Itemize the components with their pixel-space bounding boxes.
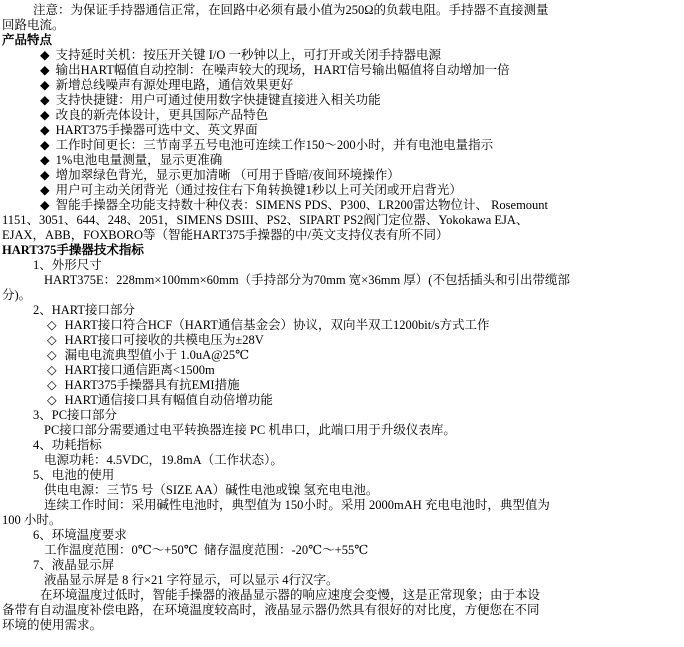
diamond-bullet-icon: ◆ bbox=[40, 123, 50, 138]
line-text: 增加翠绿色背光，显示更加清晰 （可用于昏暗/夜间环境操作） bbox=[56, 168, 400, 182]
text-line: ◆输出HART幅值自动控制：在噪声较大的现场，HART信号输出幅值将自动增加一倍 bbox=[0, 63, 684, 78]
hollow-diamond-bullet-icon: ◇ bbox=[47, 363, 57, 378]
line-text: 注意：为保证手持器通信正常，在回路中必须有最小值为250Ω的负载电阻。手持器不直… bbox=[33, 3, 549, 17]
text-line: PC接口部分需要通过电平转换器连接 PC 机串口，此端口用于升级仪表库。 bbox=[0, 423, 684, 438]
line-text: 工作温度范围：0℃～+50℃ 储存温度范围：-20℃～+55℃ bbox=[44, 543, 368, 557]
text-line: ◆工作时间更长：三节南孚五号电池可连续工作150～200小时，并有电池电量指示 bbox=[0, 138, 684, 153]
line-text: 1、外形尺寸 bbox=[33, 258, 102, 272]
line-text: 用户可主动关闭背光（通过按住右下角转换键1秒以上可关闭或开启背光） bbox=[56, 183, 462, 197]
line-text: 分)。 bbox=[2, 288, 31, 302]
text-line: ◇HART接口符合HCF（HART通信基金会）协议，双向半双工1200bit/s… bbox=[0, 318, 684, 333]
text-line: ◆新增总线噪声有源处理电路，通信效果更好 bbox=[0, 78, 684, 93]
text-line: 100 小时。 bbox=[0, 513, 684, 528]
text-line: ◇HART375手操器具有抗EMI措施 bbox=[0, 378, 684, 393]
line-text: 1%电池电量测量，显示更准确 bbox=[56, 153, 223, 167]
document-page: 注意：为保证手持器通信正常，在回路中必须有最小值为250Ω的负载电阻。手持器不直… bbox=[0, 0, 684, 647]
diamond-bullet-icon: ◆ bbox=[40, 48, 50, 63]
text-line: 备带有自动温度补偿电路，在环境温度较高时，液晶显示器仍然具有很好的对比度，方便您… bbox=[0, 603, 684, 618]
text-line: 液晶显示屏是 8 行×21 字符显示，可以显示 4行汉字。 bbox=[0, 573, 684, 588]
text-line: 连续工作时间：采用碱性电池时，典型值为 150小时。采用 2000mAH 充电电… bbox=[0, 498, 684, 513]
hollow-diamond-bullet-icon: ◇ bbox=[47, 318, 57, 333]
text-line: HART375E：228mm×100mm×60mm（手持部分为70mm 宽×36… bbox=[0, 273, 684, 288]
text-line: 3、PC接口部分 bbox=[0, 408, 684, 423]
text-line: ◆支持延时关机：按压开关键 I/O 一秒钟以上，可打开或关闭手持器电源 bbox=[0, 48, 684, 63]
text-line: 5、电池的使用 bbox=[0, 468, 684, 483]
line-text: HART通信接口具有幅值自动倍增功能 bbox=[65, 393, 273, 407]
text-line: 供电电源：三节5 号（SIZE AA）碱性电池或镍 氢充电电池。 bbox=[0, 483, 684, 498]
text-line: 4、功耗指标 bbox=[0, 438, 684, 453]
line-text: 7、液晶显示屏 bbox=[33, 558, 114, 572]
text-line: 分)。 bbox=[0, 288, 684, 303]
text-line: 6、环境温度要求 bbox=[0, 528, 684, 543]
line-text: 供电电源：三节5 号（SIZE AA）碱性电池或镍 氢充电电池。 bbox=[44, 483, 378, 497]
line-text: HART接口可接收的共模电压为±28V bbox=[65, 333, 264, 347]
text-line: ◇HART接口通信距离<1500m bbox=[0, 363, 684, 378]
text-line: 注意：为保证手持器通信正常，在回路中必须有最小值为250Ω的负载电阻。手持器不直… bbox=[0, 3, 684, 18]
line-text: 工作时间更长：三节南孚五号电池可连续工作150～200小时，并有电池电量指示 bbox=[56, 138, 494, 152]
text-line: ◆支持快捷键：用户可通过使用数字快捷键直接进入相关功能 bbox=[0, 93, 684, 108]
text-line: 在环境温度过低时，智能手操器的液晶显示器的响应速度会变慢，这是正常现象；由于本设 bbox=[0, 588, 684, 603]
text-line: 2、HART接口部分 bbox=[0, 303, 684, 318]
diamond-bullet-icon: ◆ bbox=[40, 63, 50, 78]
hollow-diamond-bullet-icon: ◇ bbox=[47, 378, 57, 393]
text-line: 电源功耗：4.5VDC，19.8mA（工作状态）。 bbox=[0, 453, 684, 468]
diamond-bullet-icon: ◆ bbox=[40, 108, 50, 123]
text-line: ◆用户可主动关闭背光（通过按住右下角转换键1秒以上可关闭或开启背光） bbox=[0, 183, 684, 198]
line-text: 6、环境温度要求 bbox=[33, 528, 127, 542]
line-text: 连续工作时间：采用碱性电池时，典型值为 150小时。采用 2000mAH 充电电… bbox=[44, 498, 550, 512]
line-text: 4、功耗指标 bbox=[33, 438, 102, 452]
text-line: 7、液晶显示屏 bbox=[0, 558, 684, 573]
line-text: 新增总线噪声有源处理电路，通信效果更好 bbox=[56, 78, 294, 92]
text-line: 回路电流。 bbox=[0, 18, 684, 33]
line-text: 5、电池的使用 bbox=[33, 468, 114, 482]
text-line: ◆增加翠绿色背光，显示更加清晰 （可用于昏暗/夜间环境操作） bbox=[0, 168, 684, 183]
diamond-bullet-icon: ◆ bbox=[40, 78, 50, 93]
hollow-diamond-bullet-icon: ◇ bbox=[47, 393, 57, 408]
diamond-bullet-icon: ◆ bbox=[40, 153, 50, 168]
diamond-bullet-icon: ◆ bbox=[40, 138, 50, 153]
line-text: 备带有自动温度补偿电路，在环境温度较高时，液晶显示器仍然具有很好的对比度，方便您… bbox=[2, 603, 540, 617]
line-text: 改良的新壳体设计，更具国际产品特色 bbox=[56, 108, 269, 122]
line-text: 支持快捷键：用户可通过使用数字快捷键直接进入相关功能 bbox=[56, 93, 381, 107]
line-text: HART接口通信距离<1500m bbox=[65, 363, 215, 377]
text-line: ◆智能手操器全功能支持数十种仪表：SIMENS PDS、P300、LR200雷达… bbox=[0, 198, 684, 213]
text-line: 1151、3051、644、248、2051，SIMENS DSIII、PS2、… bbox=[0, 213, 684, 228]
line-text: HART接口符合HCF（HART通信基金会）协议，双向半双工1200bit/s方… bbox=[65, 318, 490, 332]
text-line: 工作温度范围：0℃～+50℃ 储存温度范围：-20℃～+55℃ bbox=[0, 543, 684, 558]
line-text: 1151、3051、644、248、2051，SIMENS DSIII、PS2、… bbox=[2, 213, 528, 227]
text-line: ◆HART375手操器可选中文、英文界面 bbox=[0, 123, 684, 138]
line-text: 产品特点 bbox=[2, 33, 52, 47]
line-text: 在环境温度过低时，智能手操器的液晶显示器的响应速度会变慢，这是正常现象；由于本设 bbox=[40, 588, 540, 602]
line-text: 液晶显示屏是 8 行×21 字符显示，可以显示 4行汉字。 bbox=[44, 573, 339, 587]
section-heading: 产品特点 bbox=[0, 33, 684, 48]
document-body: 注意：为保证手持器通信正常，在回路中必须有最小值为250Ω的负载电阻。手持器不直… bbox=[0, 3, 684, 633]
line-text: 回路电流。 bbox=[2, 18, 65, 32]
hollow-diamond-bullet-icon: ◇ bbox=[47, 348, 57, 363]
line-text: PC接口部分需要通过电平转换器连接 PC 机串口，此端口用于升级仪表库。 bbox=[44, 423, 456, 437]
line-text: 3、PC接口部分 bbox=[33, 408, 117, 422]
text-line: EJAX，ABB，FOXBORO等（智能HART375手操器的中/英文支持仪表有… bbox=[0, 228, 684, 243]
text-line: ◇HART接口可接收的共模电压为±28V bbox=[0, 333, 684, 348]
line-text: 漏电电流典型值小于 1.0uA@25℃ bbox=[65, 348, 250, 362]
text-line: ◇HART通信接口具有幅值自动倍增功能 bbox=[0, 393, 684, 408]
text-line: ◆改良的新壳体设计，更具国际产品特色 bbox=[0, 108, 684, 123]
line-text: 电源功耗：4.5VDC，19.8mA（工作状态）。 bbox=[44, 453, 283, 467]
section-heading: HART375手操器技术指标 bbox=[0, 243, 684, 258]
diamond-bullet-icon: ◆ bbox=[40, 168, 50, 183]
line-text: 智能手操器全功能支持数十种仪表：SIMENS PDS、P300、LR200雷达物… bbox=[56, 198, 548, 212]
text-line: ◆1%电池电量测量，显示更准确 bbox=[0, 153, 684, 168]
diamond-bullet-icon: ◆ bbox=[40, 183, 50, 198]
line-text: HART375手操器技术指标 bbox=[2, 243, 144, 257]
line-text: 2、HART接口部分 bbox=[33, 303, 135, 317]
hollow-diamond-bullet-icon: ◇ bbox=[47, 333, 57, 348]
line-text: 输出HART幅值自动控制：在噪声较大的现场，HART信号输出幅值将自动增加一倍 bbox=[56, 63, 510, 77]
line-text: 100 小时。 bbox=[2, 513, 61, 527]
line-text: HART375手操器具有抗EMI措施 bbox=[65, 378, 240, 392]
text-line: 环境的使用需求。 bbox=[0, 618, 684, 633]
text-line: ◇漏电电流典型值小于 1.0uA@25℃ bbox=[0, 348, 684, 363]
diamond-bullet-icon: ◆ bbox=[40, 93, 50, 108]
diamond-bullet-icon: ◆ bbox=[40, 198, 50, 213]
line-text: 支持延时关机：按压开关键 I/O 一秒钟以上，可打开或关闭手持器电源 bbox=[56, 48, 441, 62]
line-text: HART375手操器可选中文、英文界面 bbox=[56, 123, 258, 137]
text-line: 1、外形尺寸 bbox=[0, 258, 684, 273]
line-text: EJAX，ABB，FOXBORO等（智能HART375手操器的中/英文支持仪表有… bbox=[2, 228, 449, 242]
line-text: 环境的使用需求。 bbox=[2, 618, 102, 632]
line-text: HART375E：228mm×100mm×60mm（手持部分为70mm 宽×36… bbox=[44, 273, 570, 287]
